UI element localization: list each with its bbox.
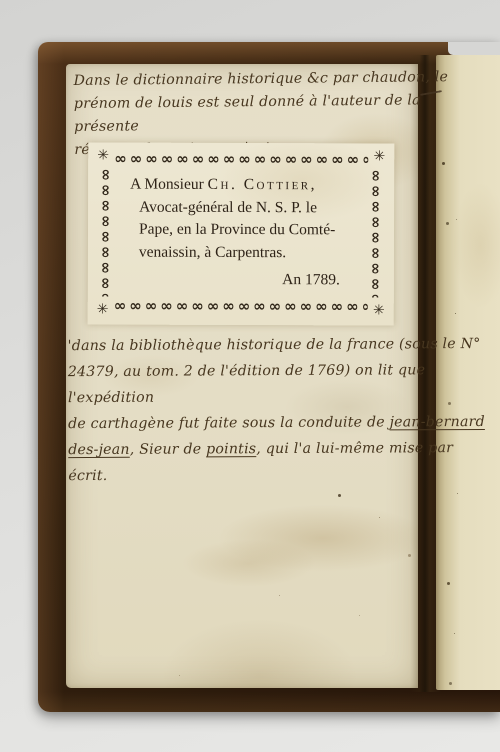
ornament-chain-left-icon: ∞∞∞∞∞∞∞∞∞∞ bbox=[97, 168, 115, 296]
page-content: Dans le dictionnaire historique &c par c… bbox=[38, 42, 500, 712]
note-bottom-line: 24379, au tom. 2 de l'édition de 1769) o… bbox=[68, 357, 496, 411]
note-bottom-line: de carthagène fut faite sous la conduite… bbox=[68, 409, 496, 437]
antique-book: Dans le dictionnaire historique &c par c… bbox=[38, 42, 500, 712]
handwritten-note-bottom: 'dans la bibliothèque historique de la f… bbox=[68, 331, 497, 489]
note-bottom-line: écrit. bbox=[68, 461, 496, 489]
note-bottom-text: , Sieur de bbox=[130, 441, 206, 457]
bookplate-title-line: Avocat-général de N. S. P. le bbox=[130, 196, 366, 219]
bookplate-year: An 1789. bbox=[130, 269, 366, 292]
underlined-name: pointis bbox=[206, 441, 256, 457]
bookplate-text: A Monsieur Ch. Cottier, Avocat-général d… bbox=[130, 174, 366, 292]
photo-background: Dans le dictionnaire historique &c par c… bbox=[0, 0, 500, 752]
ornament-corner-icon: ✳ bbox=[373, 302, 385, 318]
note-bottom-text: , qui l'a lui-même mise par bbox=[256, 440, 453, 457]
bookplate-place-line: venaissin, à Carpentras. bbox=[130, 241, 366, 264]
underlined-name: jean-bernard bbox=[390, 414, 485, 430]
ornament-chain-right-icon: ∞∞∞∞∞∞∞∞∞∞ bbox=[367, 169, 385, 297]
note-top-line: prénom de louis est seul donné à l'auteu… bbox=[74, 89, 460, 139]
ornament-corner-icon: ✳ bbox=[97, 301, 109, 317]
ornament-chain-top-icon: ∞∞∞∞∞∞∞∞∞∞∞∞∞∞∞∞∞∞ bbox=[114, 150, 368, 170]
bookplate-dedication-line: A Monsieur Ch. Cottier, bbox=[130, 174, 366, 197]
bookplate-salutation: A Monsieur bbox=[130, 176, 208, 193]
note-bottom-line: 'dans la bibliothèque historique de la f… bbox=[68, 331, 496, 359]
ornament-corner-icon: ✳ bbox=[374, 148, 386, 164]
ornament-corner-icon: ✳ bbox=[97, 147, 109, 163]
bookplate-title-line: Pape, en la Province du Comté- bbox=[130, 219, 366, 242]
bookplate-recipient-name: Ch. Cottier, bbox=[208, 176, 317, 193]
ornament-chain-bottom-icon: ∞∞∞∞∞∞∞∞∞∞∞∞∞∞∞∞∞∞ bbox=[114, 297, 368, 317]
note-bottom-line: des-jean, Sieur de pointis, qui l'a lui-… bbox=[68, 435, 496, 463]
underlined-name: des-jean bbox=[68, 442, 130, 458]
bookplate-label: ∞∞∞∞∞∞∞∞∞∞∞∞∞∞∞∞∞∞ ∞∞∞∞∞∞∞∞∞∞∞∞∞∞∞∞∞∞ ∞∞… bbox=[88, 142, 395, 325]
note-bottom-text: de carthagène fut faite sous la conduite… bbox=[68, 414, 390, 432]
